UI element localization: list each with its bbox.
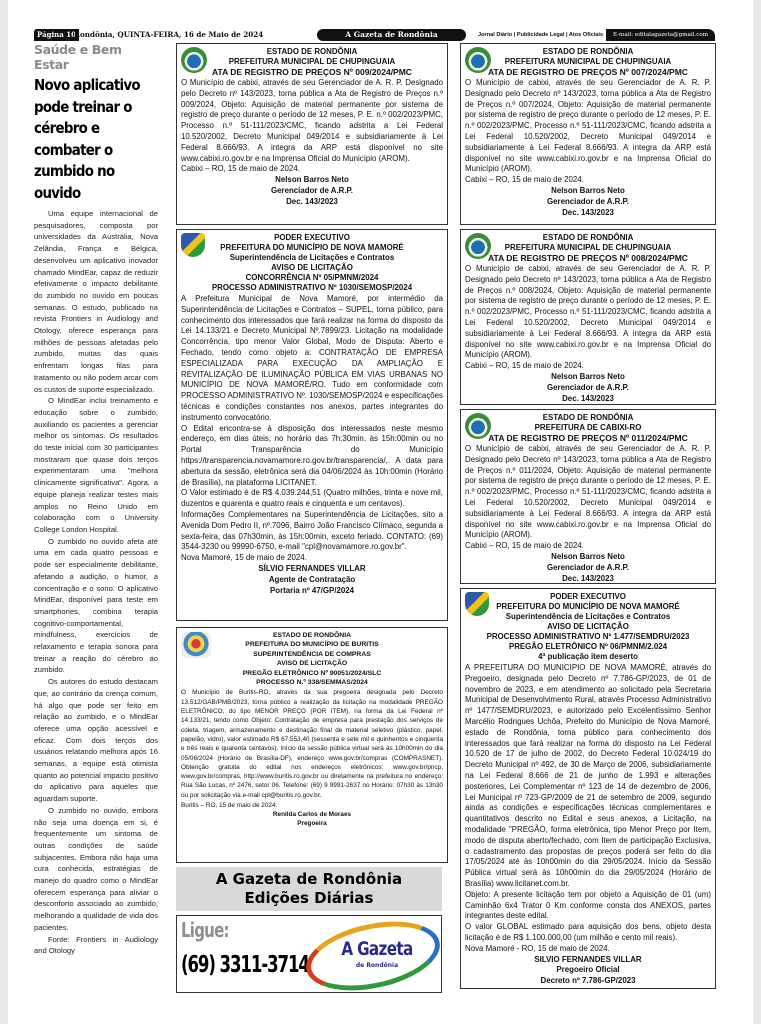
- phone-ad: Ligue: (69) 3311-3714 A Gazeta de Rondôn…: [176, 915, 442, 993]
- notice-cabixi-011: ESTADO DE RONDÔNIA PREFEITURA DE CABIXI-…: [460, 409, 716, 584]
- notice-nova-mamore-pregao: PODER EXECUTIVO PREFEITURA DO MUNICÍPIO …: [460, 588, 716, 989]
- notice-heading: ATA DE REGISTRO DE PREÇOS Nº 007/2024/PM…: [465, 67, 711, 77]
- article-paragraph: Uma equipe internacional de pesquisadore…: [34, 208, 158, 395]
- notice-heading: PROCESSO ADMINISTRATIVO Nº 1030/SEMOSP/2…: [181, 283, 443, 293]
- notice-heading: PREFEITURA DO MUNICÍPIO DE NOVA MAMORÉ: [465, 602, 711, 612]
- notice-place-date: Nova Mamoré, 15 de maio de 2024.: [181, 553, 443, 564]
- article-paragraph: O zumbido no ouvido, embora não seja uma…: [34, 805, 158, 934]
- notice-body: O Município de cabixi, através de seu Ge…: [181, 78, 443, 164]
- signatory-reference: Portaria nº 47/GP/2024: [181, 586, 443, 597]
- notice-heading: PREFEITURA MUNICIPAL DE CHUPINGUAIA: [465, 243, 711, 253]
- notice-heading: Superintendência de Licitações e Contrat…: [465, 612, 711, 622]
- date-line: Rondônia, QUINTA-FEIRA, 16 de Maio de 20…: [74, 29, 263, 41]
- notice-heading: ATA DE REGISTRO DE PREÇOS Nº 011/2024/PM…: [465, 433, 711, 443]
- signatory-name: SILVIO FERNANDES VILLAR: [465, 955, 711, 966]
- article-source: Fonte: Frontiers in Audiology and Otolog…: [34, 934, 158, 957]
- notice-body: O Município de cabixi, através de seu Ge…: [465, 78, 711, 175]
- chupinguaia-crest-icon: [465, 47, 491, 73]
- notice-place-date: Cabixi – RO, 15 de maio de 2024.: [181, 164, 443, 175]
- nova-mamore-crest-icon: [181, 233, 205, 257]
- notice-heading: PODER EXECUTIVO: [181, 233, 443, 243]
- health-article: Saúde e Bem Estar Novo aplicativo pode t…: [34, 42, 158, 957]
- call-label: Ligue:: [181, 918, 229, 942]
- page-edge-right: [753, 0, 761, 1024]
- notice-heading: PREFEITURA DE CABIXI-RO: [465, 423, 711, 433]
- signatory-role: Gerenciador de A.R.P.: [465, 383, 711, 394]
- notice-body: O Município de Buritis-RO, através da su…: [181, 688, 443, 800]
- signatory-name: Nelson Barros Neto: [465, 372, 711, 383]
- notice-body: O Município de cabixi, através de seu Ge…: [465, 444, 711, 541]
- chupinguaia-crest-icon: [465, 233, 491, 259]
- notice-body: Informações Complementares na Superinten…: [181, 510, 443, 553]
- notice-heading: PROCESSO ADMINISTRATIVO Nº 1.477/SEMDRU/…: [465, 632, 711, 642]
- article-paragraph: O MindEar inclui treinamento e educação …: [34, 395, 158, 535]
- banner-line: A Gazeta de Rondônia: [176, 870, 442, 889]
- article-paragraph: O zumbido no ouvido afeta até uma em cad…: [34, 536, 158, 676]
- article-body: Uma equipe internacional de pesquisadore…: [34, 208, 158, 957]
- notice-heading: PROCESSO N.º 338/SEMMAS/2024: [181, 678, 443, 687]
- notice-heading: AVISO DE LICITAÇÃO: [181, 659, 443, 668]
- signatory-name: Nelson Barros Neto: [181, 175, 443, 186]
- notice-chupinguaia-009: ESTADO DE RONDÔNIA PREFEITURA MUNICIPAL …: [176, 43, 448, 225]
- notice-place-date: Cabixi – RO, 15 de maio de 2024.: [465, 541, 711, 552]
- notice-place-date: Buritis – RO, 15 de maio de 2024.: [181, 801, 443, 810]
- gazeta-logo-subtext: de Rondônia: [327, 962, 427, 969]
- notice-place-date: Cabixi – RO, 15 de maio de 2024.: [465, 361, 711, 372]
- signatory-reference: Dec. 143/2023: [465, 394, 711, 405]
- signatory-role: Agente de Contratação: [181, 575, 443, 586]
- notice-heading: PREFEITURA DO MUNICÍPIO DE BURITIS: [181, 640, 443, 649]
- article-headline: Novo aplicativo pode treinar o cérebro e…: [34, 75, 158, 204]
- signatory-name: Nelson Barros Neto: [465, 186, 711, 197]
- signatory-name: SÍLVIO FERNANDES VILLAR: [181, 564, 443, 575]
- signatory-role: Gerenciador de A.R.P.: [465, 563, 711, 574]
- notice-body: A Prefeitura Municipal de Nova Mamoré, p…: [181, 294, 443, 424]
- contact-email: E-mail: editalagazeta@gmail.com: [606, 29, 715, 41]
- notice-heading: ESTADO DE RONDÔNIA: [465, 413, 711, 423]
- banner-line: Edições Diárias: [176, 889, 442, 908]
- notice-heading: ESTADO DE RONDÔNIA: [181, 631, 443, 640]
- signatory-reference: Decreto nº 7.786-GP/2023: [465, 976, 711, 987]
- phone-number: (69) 3311-3714: [181, 952, 309, 978]
- notice-body: Objeto: A presente licitação tem por obj…: [465, 890, 711, 922]
- notice-chupinguaia-007: ESTADO DE RONDÔNIA PREFEITURA MUNICIPAL …: [460, 43, 716, 225]
- notice-heading: ESTADO DE RONDÔNIA: [181, 47, 443, 57]
- notice-body: O valor GLOBAL estimado para aquisição d…: [465, 922, 711, 944]
- signatory-name: Nelson Barros Neto: [465, 552, 711, 563]
- newspaper-brand: A Gazeta de Rondônia: [317, 29, 466, 41]
- notice-heading: PODER EXECUTIVO: [465, 592, 711, 602]
- notice-nova-mamore-concorrencia: PODER EXECUTIVO PREFEITURA DO MUNICÍPIO …: [176, 229, 448, 621]
- nova-mamore-crest-icon: [465, 592, 489, 616]
- signatory-reference: Dec. 143/2023: [181, 197, 443, 208]
- notice-heading: 4ª publicação item deserto: [465, 652, 711, 662]
- notice-place-date: Nova Mamoré - RO, 15 de maio de 2024.: [465, 944, 711, 955]
- notice-buritis: ESTADO DE RONDÔNIA PREFEITURA DO MUNICÍP…: [176, 627, 448, 863]
- notice-heading: AVISO DE LICITAÇÃO: [181, 263, 443, 273]
- notice-heading: ESTADO DE RONDÔNIA: [465, 233, 711, 243]
- notice-heading: PREGÃO ELETRÔNICO Nº 90051/2024/SLC: [181, 669, 443, 678]
- signatory-reference: Dec. 143/2023: [465, 574, 711, 585]
- chupinguaia-crest-icon: [181, 47, 207, 73]
- article-paragraph: Os autores do estudo destacam que, ao co…: [34, 676, 158, 805]
- notice-body: O Valor estimado é de R$ 4.039.244,51 (Q…: [181, 488, 443, 510]
- tagline: Jornal Diário | Publicidade Legal | Atos…: [478, 29, 603, 41]
- cabixi-crest-icon: [465, 413, 491, 439]
- edicoes-diarias-banner: A Gazeta de Rondônia Edições Diárias: [176, 867, 442, 911]
- signatory-reference: Dec. 143/2023: [465, 208, 711, 219]
- section-title: Saúde e Bem Estar: [34, 42, 158, 72]
- notice-body: O Edital encontra-se à disposição dos in…: [181, 424, 443, 489]
- page-edge-left: [0, 0, 8, 1024]
- notice-heading: PREFEITURA MUNICIPAL DE CHUPINGUAIA: [465, 57, 711, 67]
- page-number: Página 10: [34, 29, 79, 41]
- notice-heading: ESTADO DE RONDÔNIA: [465, 47, 711, 57]
- notice-heading: PREGÃO ELETRÔNICO Nº 06/PMNM/2.024: [465, 642, 711, 652]
- signatory-role: Gerenciador de A.R.P.: [465, 197, 711, 208]
- gazeta-logo-text: A Gazeta: [337, 938, 417, 960]
- notice-heading: AVISO DE LICITAÇÃO: [465, 622, 711, 632]
- notice-heading: Superintendência de Licitações e Contrat…: [181, 253, 443, 263]
- notice-body: O Município de cabixi, através de seu Ge…: [465, 264, 711, 361]
- notice-body: A PREFEITURA DO MUNICIPIO DE NOVA MAMORÉ…: [465, 663, 711, 890]
- signatory-role: Gerenciador de A.R.P.: [181, 186, 443, 197]
- notice-heading: ATA DE REGISTRO DE PREÇOS Nº 009/2024/PM…: [181, 67, 443, 77]
- page-header: Página 10 Rondônia, QUINTA-FEIRA, 16 de …: [34, 29, 715, 41]
- notice-heading: ATA DE REGISTRO DE PREÇOS Nº 008/2024/PM…: [465, 253, 711, 263]
- notice-heading: PREFEITURA DO MUNICÍPIO DE NOVA MAMORÉ: [181, 243, 443, 253]
- notice-heading: SUPERINTENDÊNCIA DE COMPRAS: [181, 650, 443, 659]
- signatory-role: Pregoeira: [181, 819, 443, 828]
- notice-place-date: Cabixi – RO, 15 de maio de 2024.: [465, 175, 711, 186]
- notice-heading: CONCORRÊNCIA Nº 05/PMNM/2024: [181, 273, 443, 283]
- buritis-crest-icon: [181, 632, 211, 658]
- signatory-role: Pregoeiro Oficial: [465, 965, 711, 976]
- notice-chupinguaia-008: ESTADO DE RONDÔNIA PREFEITURA MUNICIPAL …: [460, 229, 716, 405]
- notice-heading: PREFEITURA MUNICIPAL DE CHUPINGUAIA: [181, 57, 443, 67]
- signatory-name: Renilda Carlos de Moraes: [181, 810, 443, 819]
